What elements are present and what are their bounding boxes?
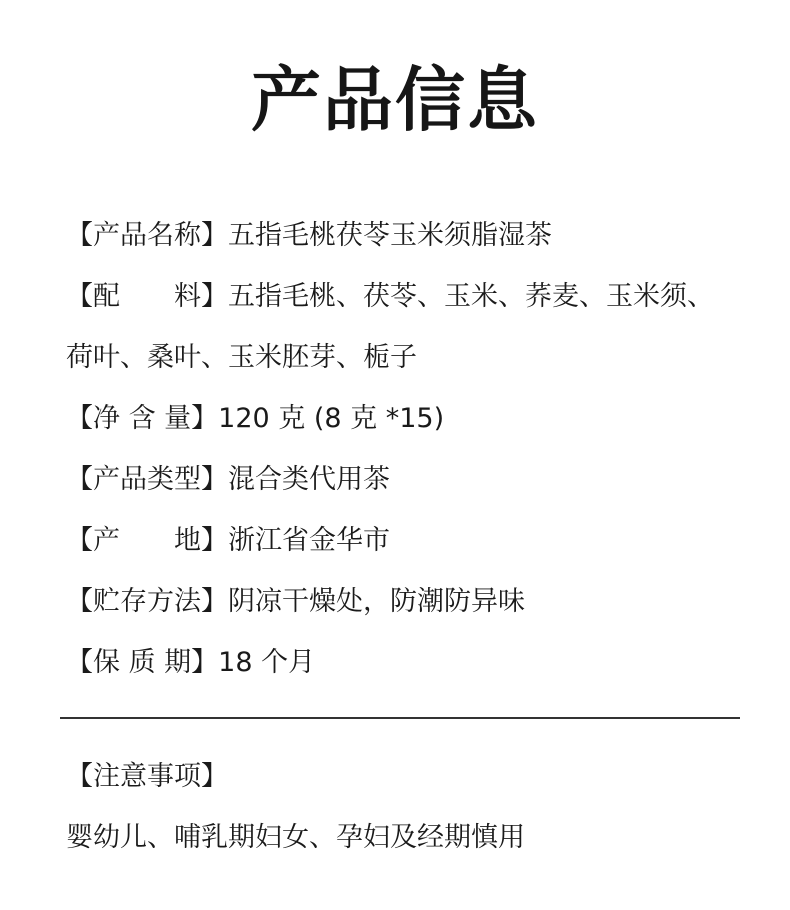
info-row-shelf-life: 【保 质 期】18 个月 [66,632,726,693]
notice-section: 【注意事项】 婴幼儿、哺乳期妇女、孕妇及经期慎用 [66,746,726,868]
info-value: 120 克 (8 克 *15) [218,403,444,434]
info-label: 【配 料】 [66,281,228,312]
info-label: 【产 地】 [66,525,228,556]
info-label: 【产品类型】 [66,464,228,495]
info-label: 【净 含 量】 [66,403,218,434]
page-title: 产品信息 [0,58,790,142]
notice-title: 【注意事项】 [66,746,726,807]
info-value: 浙江省金华市 [228,525,390,556]
info-value: 混合类代用茶 [228,464,390,495]
info-row-net-content: 【净 含 量】120 克 (8 克 *15) [66,388,726,449]
info-label: 【产品名称】 [66,220,228,251]
info-row-storage: 【贮存方法】阴凉干燥处，防潮防异味 [66,571,726,632]
info-value: 五指毛桃茯苓玉米须脂湿茶 [228,220,552,251]
info-row-product-type: 【产品类型】混合类代用茶 [66,449,726,510]
product-info-list: 【产品名称】五指毛桃茯苓玉米须脂湿茶 【配 料】五指毛桃、茯苓、玉米、荞麦、玉米… [66,205,726,693]
section-divider [60,717,740,719]
info-value: 阴凉干燥处，防潮防异味 [228,586,525,617]
info-value: 18 个月 [218,647,315,678]
info-row-origin: 【产 地】浙江省金华市 [66,510,726,571]
info-row-product-name: 【产品名称】五指毛桃茯苓玉米须脂湿茶 [66,205,726,266]
info-row-ingredients: 【配 料】五指毛桃、茯苓、玉米、荞麦、玉米须、荷叶、桑叶、玉米胚芽、栀子 [66,266,726,388]
info-label: 【贮存方法】 [66,586,228,617]
info-label: 【保 质 期】 [66,647,218,678]
notice-text: 婴幼儿、哺乳期妇女、孕妇及经期慎用 [66,807,726,868]
